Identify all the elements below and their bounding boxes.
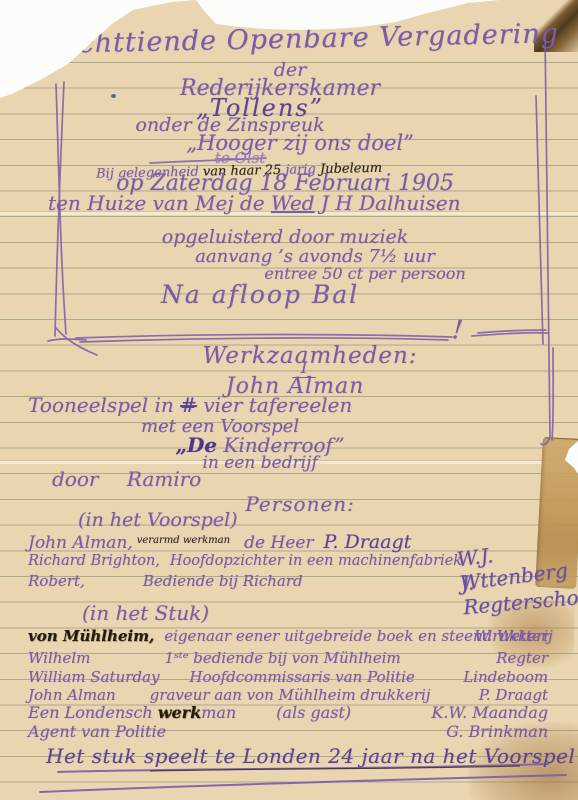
venue-part: ten Huize van Mej de <box>48 191 271 215</box>
cast-role: Agent van Politie <box>28 722 166 741</box>
cast-role: John Alman <box>28 686 116 704</box>
cast-actor: P. Draagt <box>323 531 411 553</box>
cast-role: Een Londensch <box>28 703 158 722</box>
closing-line: Het stuk speelt te Londen 24 jaar na het… <box>46 746 558 767</box>
play-type-line: Tooneelspel in # vier tafereelen <box>28 395 458 416</box>
cast-desc: (als gast) <box>276 703 351 722</box>
aged-paper-sheet: Achttiende Openbare Vergadering der Rede… <box>0 0 578 800</box>
music-line: opgeluisterd door muziek <box>120 228 450 248</box>
venue-part: J H Dalhuisen <box>314 191 460 215</box>
ball-line: Na afloop Bal <box>110 282 410 308</box>
cast-desc: de Heer <box>244 533 313 553</box>
play-type-post: vier tafereelen <box>197 393 352 417</box>
cast-row: Agent van PolitieG. Brinkman <box>28 722 550 741</box>
cast-actor: Lindeboom <box>463 668 548 686</box>
cast-row: William SaturdayHoofdcommissaris van Pol… <box>28 668 550 686</box>
cast-row: Een Londensch werkman(als gast)K.W. Maan… <box>28 703 550 722</box>
cast-actor: G. Brinkman <box>446 722 548 741</box>
cast-desc: graveur aan von Mühlheim drukkerij <box>150 686 431 704</box>
cast-actor: W. Wetter <box>474 627 548 645</box>
cast-role: Wilhelm <box>28 649 90 667</box>
voorspel-heading: (in het Voorspel) <box>78 511 378 531</box>
cast-role-overwritten: werk <box>158 703 201 722</box>
cast-actor: Regter <box>496 649 548 667</box>
exclamation-mark: ! <box>451 317 474 346</box>
stuk-heading: (in het Stuk) <box>82 603 382 624</box>
inserted-correction: verarmd werkman <box>137 535 230 546</box>
document-scan: Achttiende Openbare Vergadering der Rede… <box>0 0 578 800</box>
cast-role: Richard Brighton, <box>28 553 160 569</box>
cast-desc: 1ˢᵗᵉ bediende bij von Mühlheim <box>164 649 400 667</box>
meeting-title: Achttiende Openbare Vergadering <box>58 21 506 59</box>
cast-role: man <box>201 703 236 722</box>
cast-row: von Mühlheim,eigenaar eener uitgebreide … <box>28 627 550 645</box>
venue-line: ten Huize van Mej de Wed J H Dalhuisen <box>48 193 548 214</box>
struck-mark: # <box>180 393 197 417</box>
cast-desc: Hoofdcommissaris van Politie <box>189 668 414 686</box>
venue-part-underlined: Wed <box>271 191 315 215</box>
cast-row: John Almangraveur aan von Mühlheim drukk… <box>28 686 550 704</box>
cast-actor: P. Draagt <box>479 686 548 704</box>
actor-signature: J. Regterschot <box>460 561 578 620</box>
cast-role: William Saturday <box>28 668 159 686</box>
cast-role-overwritten: von Mühlheim, <box>28 627 154 645</box>
cast-role: Robert, <box>28 572 85 590</box>
cast-row: Wilhelm1ˢᵗᵉ bediende bij von MühlheimReg… <box>28 649 550 667</box>
author-line: door Ramiro <box>52 469 312 490</box>
play-type-pre: Tooneelspel in <box>28 393 180 417</box>
cast-desc: Bediende bij Richard <box>143 572 303 590</box>
cast-role: John Alman, <box>28 533 133 553</box>
cast-actor: K.W. Maandag <box>431 703 548 722</box>
cast-desc: Hoofdopzichter in een machinenfabriek <box>170 553 462 569</box>
